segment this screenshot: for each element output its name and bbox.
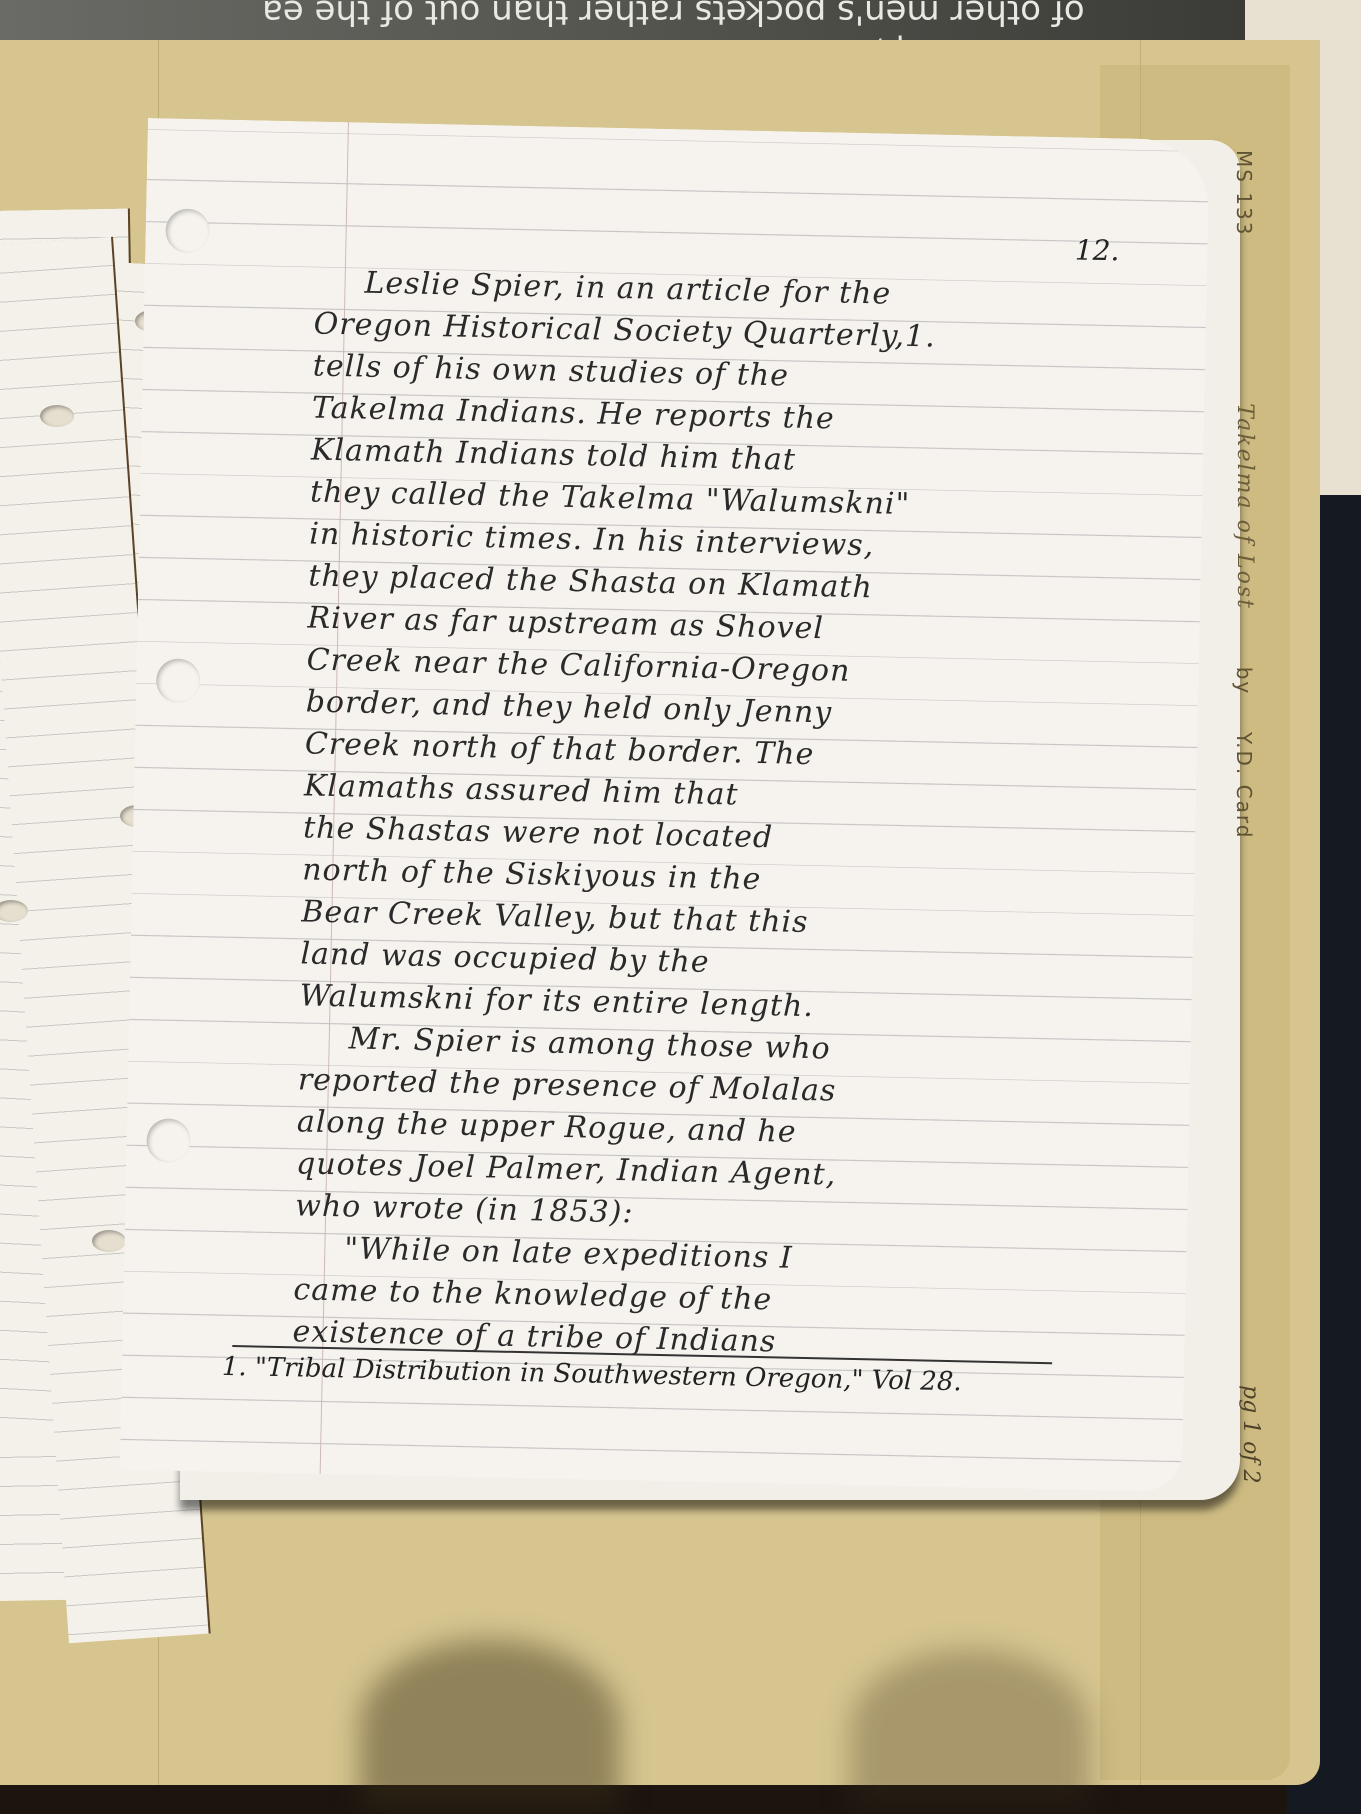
punch-hole — [146, 1118, 191, 1163]
folder-author: Y.D. Card — [1232, 732, 1256, 839]
handwritten-body: Leslie Spier, in an article for theOrego… — [292, 262, 1075, 1370]
punch-hole — [40, 405, 74, 427]
punch-hole — [165, 208, 210, 253]
manuscript-page: 12. Leslie Spier, in an article for theO… — [120, 118, 1210, 1492]
folder-label: MS 133 Takelma of Lost by Y.D. Card — [1232, 150, 1257, 839]
punch-hole — [156, 658, 201, 703]
punch-hole — [92, 1230, 126, 1252]
page-number: 12. — [1075, 233, 1120, 267]
folder-title: Takelma of Lost — [1232, 403, 1257, 610]
hand-shadow — [360, 1640, 620, 1810]
folder-page-count: pg 1 of 2 — [1238, 1385, 1263, 1484]
sign-text-line-1: of other men's pockets rather than out o… — [262, 0, 1085, 32]
hand-shadow — [850, 1650, 1090, 1810]
folder-by: by — [1232, 667, 1256, 696]
folder-ms-number: MS 133 — [1232, 150, 1256, 236]
